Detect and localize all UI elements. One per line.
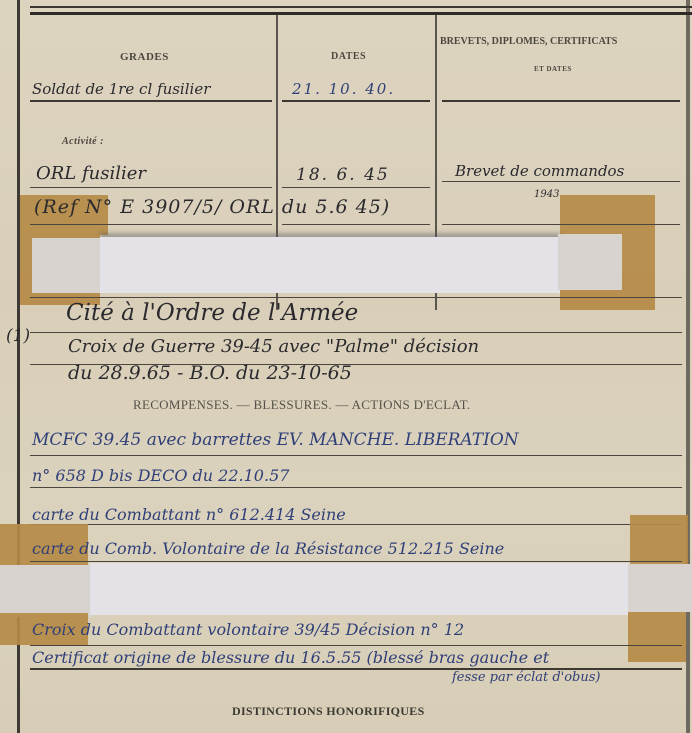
redaction-strip [100, 237, 560, 293]
activite-reference: (Ref N° E 3907/5/ ORL du 5.6 45) [34, 196, 390, 218]
row-rule [442, 224, 680, 225]
row-rule [282, 224, 430, 225]
row-rule [30, 561, 682, 562]
top-rule-thick [30, 12, 692, 15]
redaction-strip [32, 238, 102, 293]
distinction-entry: carte du Comb. Volontaire de la Résistan… [32, 539, 504, 558]
column-divider [435, 15, 437, 240]
activite-brevet: Brevet de commandos [455, 162, 624, 180]
row-rule [30, 100, 272, 102]
right-border [686, 0, 690, 733]
row-rule [30, 187, 272, 188]
section-distinctions: DISTINCTIONS HONORIFIQUES [232, 704, 425, 719]
citation-line-1: Cité à l'Ordre de l'Armée [66, 300, 358, 326]
adhesive-tape [630, 515, 688, 565]
activite-label: Activité : [62, 136, 104, 147]
distinction-entry: carte du Combattant n° 612.414 Seine [32, 505, 346, 524]
citation-line-3: du 28.9.65 - B.O. du 23-10-65 [68, 362, 352, 384]
military-record-page: GRADES DATES BREVETS, DIPLOMES, CERTIFIC… [0, 0, 692, 733]
distinction-entry: Croix du Combattant volontaire 39/45 Déc… [32, 620, 464, 639]
row-rule [30, 645, 682, 646]
grade-date: 21. 10. 40. [292, 80, 395, 98]
row-rule [30, 297, 682, 298]
top-rule [30, 6, 692, 8]
row-rule [30, 332, 682, 333]
adhesive-tape [628, 612, 686, 662]
row-rule [442, 100, 680, 102]
distinction-entry: MCFC 39.45 avec barrettes EV. MANCHE. LI… [32, 430, 519, 450]
redaction-strip [90, 563, 630, 615]
citation-marker: (1) [6, 326, 30, 346]
activite-date: 18. 6. 45 [296, 165, 390, 185]
row-rule [30, 524, 682, 525]
row-rule [30, 487, 682, 488]
grade-entry: Soldat de 1re cl fusilier [32, 80, 210, 98]
row-rule [30, 455, 682, 456]
redaction-strip [558, 234, 622, 290]
redaction-strip [0, 565, 92, 617]
row-rule [282, 100, 430, 102]
header-brevets: BREVETS, DIPLOMES, CERTIFICATS [440, 36, 617, 47]
row-rule [30, 224, 272, 225]
row-rule [442, 181, 680, 182]
section-recompenses: RECOMPENSES. — BLESSURES. — ACTIONS D'EC… [133, 397, 470, 413]
distinction-entry: Certificat origine de blessure du 16.5.5… [32, 648, 549, 667]
brevet-year: 1943 [534, 189, 559, 200]
header-dates: DATES [331, 51, 366, 62]
citation-line-2: Croix de Guerre 39-45 avec "Palme" décis… [68, 336, 479, 357]
activite-grade: ORL fusilier [36, 163, 146, 184]
header-brevets-sub: ET DATES [534, 65, 572, 73]
distinction-entry-continuation: fesse par éclat d'obus) [452, 670, 601, 685]
header-grades: GRADES [120, 51, 169, 63]
row-rule [282, 187, 430, 188]
distinction-entry: n° 658 D bis DECO du 22.10.57 [32, 466, 289, 485]
redaction-strip [628, 564, 692, 612]
